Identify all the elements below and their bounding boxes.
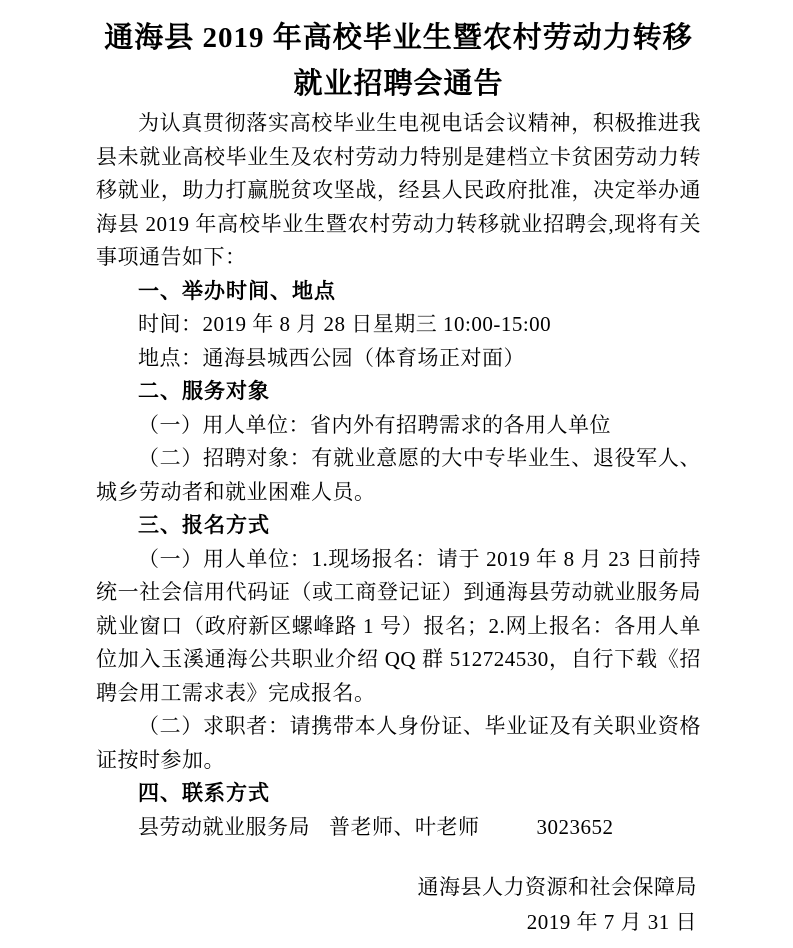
body-line: 地点：通海县城西公园（体育场正对面） [96,342,701,376]
contact-line: 县劳动就业服务局普老师、叶老师3023652 [96,811,701,845]
title-line-2: 就业招聘会通告 [96,61,701,107]
body-line: 位加入玉溪通海公共职业介绍 QQ 群 512724530，自行下载《招 [96,643,701,677]
section-heading-3: 三、报名方式 [96,509,701,543]
section-heading-1: 一、举办时间、地点 [96,275,701,309]
contact-phone: 3023652 [537,815,614,839]
document-title: 通海县 2019 年高校毕业生暨农村劳动力转移 就业招聘会通告 [96,15,701,107]
body-line: （二）招聘对象：有就业意愿的大中专毕业生、退役军人、 [96,442,701,476]
intro-line: 县未就业高校毕业生及农村劳动力特别是建档立卡贫困劳动力转 [96,141,701,175]
body-line: （一）用人单位：省内外有招聘需求的各用人单位 [96,409,701,443]
section-heading-4: 四、联系方式 [96,777,701,811]
body-line: 统一社会信用代码证（或工商登记证）到通海县劳动就业服务局 [96,576,701,610]
body-line: （二）求职者：请携带本人身份证、毕业证及有关职业资格 [96,710,701,744]
intro-line: 移就业，助力打赢脱贫攻坚战，经县人民政府批准，决定举办通 [96,174,701,208]
document-body: 为认真贯彻落实高校毕业生电视电话会议精神，积极推进我 县未就业高校毕业生及农村劳… [96,107,701,844]
intro-line: 为认真贯彻落实高校毕业生电视电话会议精神，积极推进我 [96,107,701,141]
signature-block: 通海县人力资源和社会保障局 2019 年 7 月 31 日 [96,870,701,940]
contact-department: 县劳动就业服务局 [138,815,310,839]
intro-line: 海县 2019 年高校毕业生暨农村劳动力转移就业招聘会,现将有关 [96,208,701,242]
intro-line: 事项通告如下： [96,241,701,275]
body-line: 城乡劳动者和就业困难人员。 [96,476,701,510]
body-line: 聘会用工需求表》完成报名。 [96,677,701,711]
signature-date: 2019 年 7 月 31 日 [96,905,697,940]
section-heading-2: 二、服务对象 [96,375,701,409]
notice-document: 通海县 2019 年高校毕业生暨农村劳动力转移 就业招聘会通告 为认真贯彻落实高… [0,0,793,948]
body-line: 证按时参加。 [96,744,701,778]
signature-org: 通海县人力资源和社会保障局 [96,870,697,905]
title-line-1: 通海县 2019 年高校毕业生暨农村劳动力转移 [96,15,701,61]
contact-persons: 普老师、叶老师 [329,815,480,839]
body-line: 就业窗口（政府新区螺峰路 1 号）报名；2.网上报名：各用人单 [96,610,701,644]
body-line: 时间：2019 年 8 月 28 日星期三 10:00-15:00 [96,308,701,342]
body-line: （一）用人单位：1.现场报名：请于 2019 年 8 月 23 日前持 [96,543,701,577]
